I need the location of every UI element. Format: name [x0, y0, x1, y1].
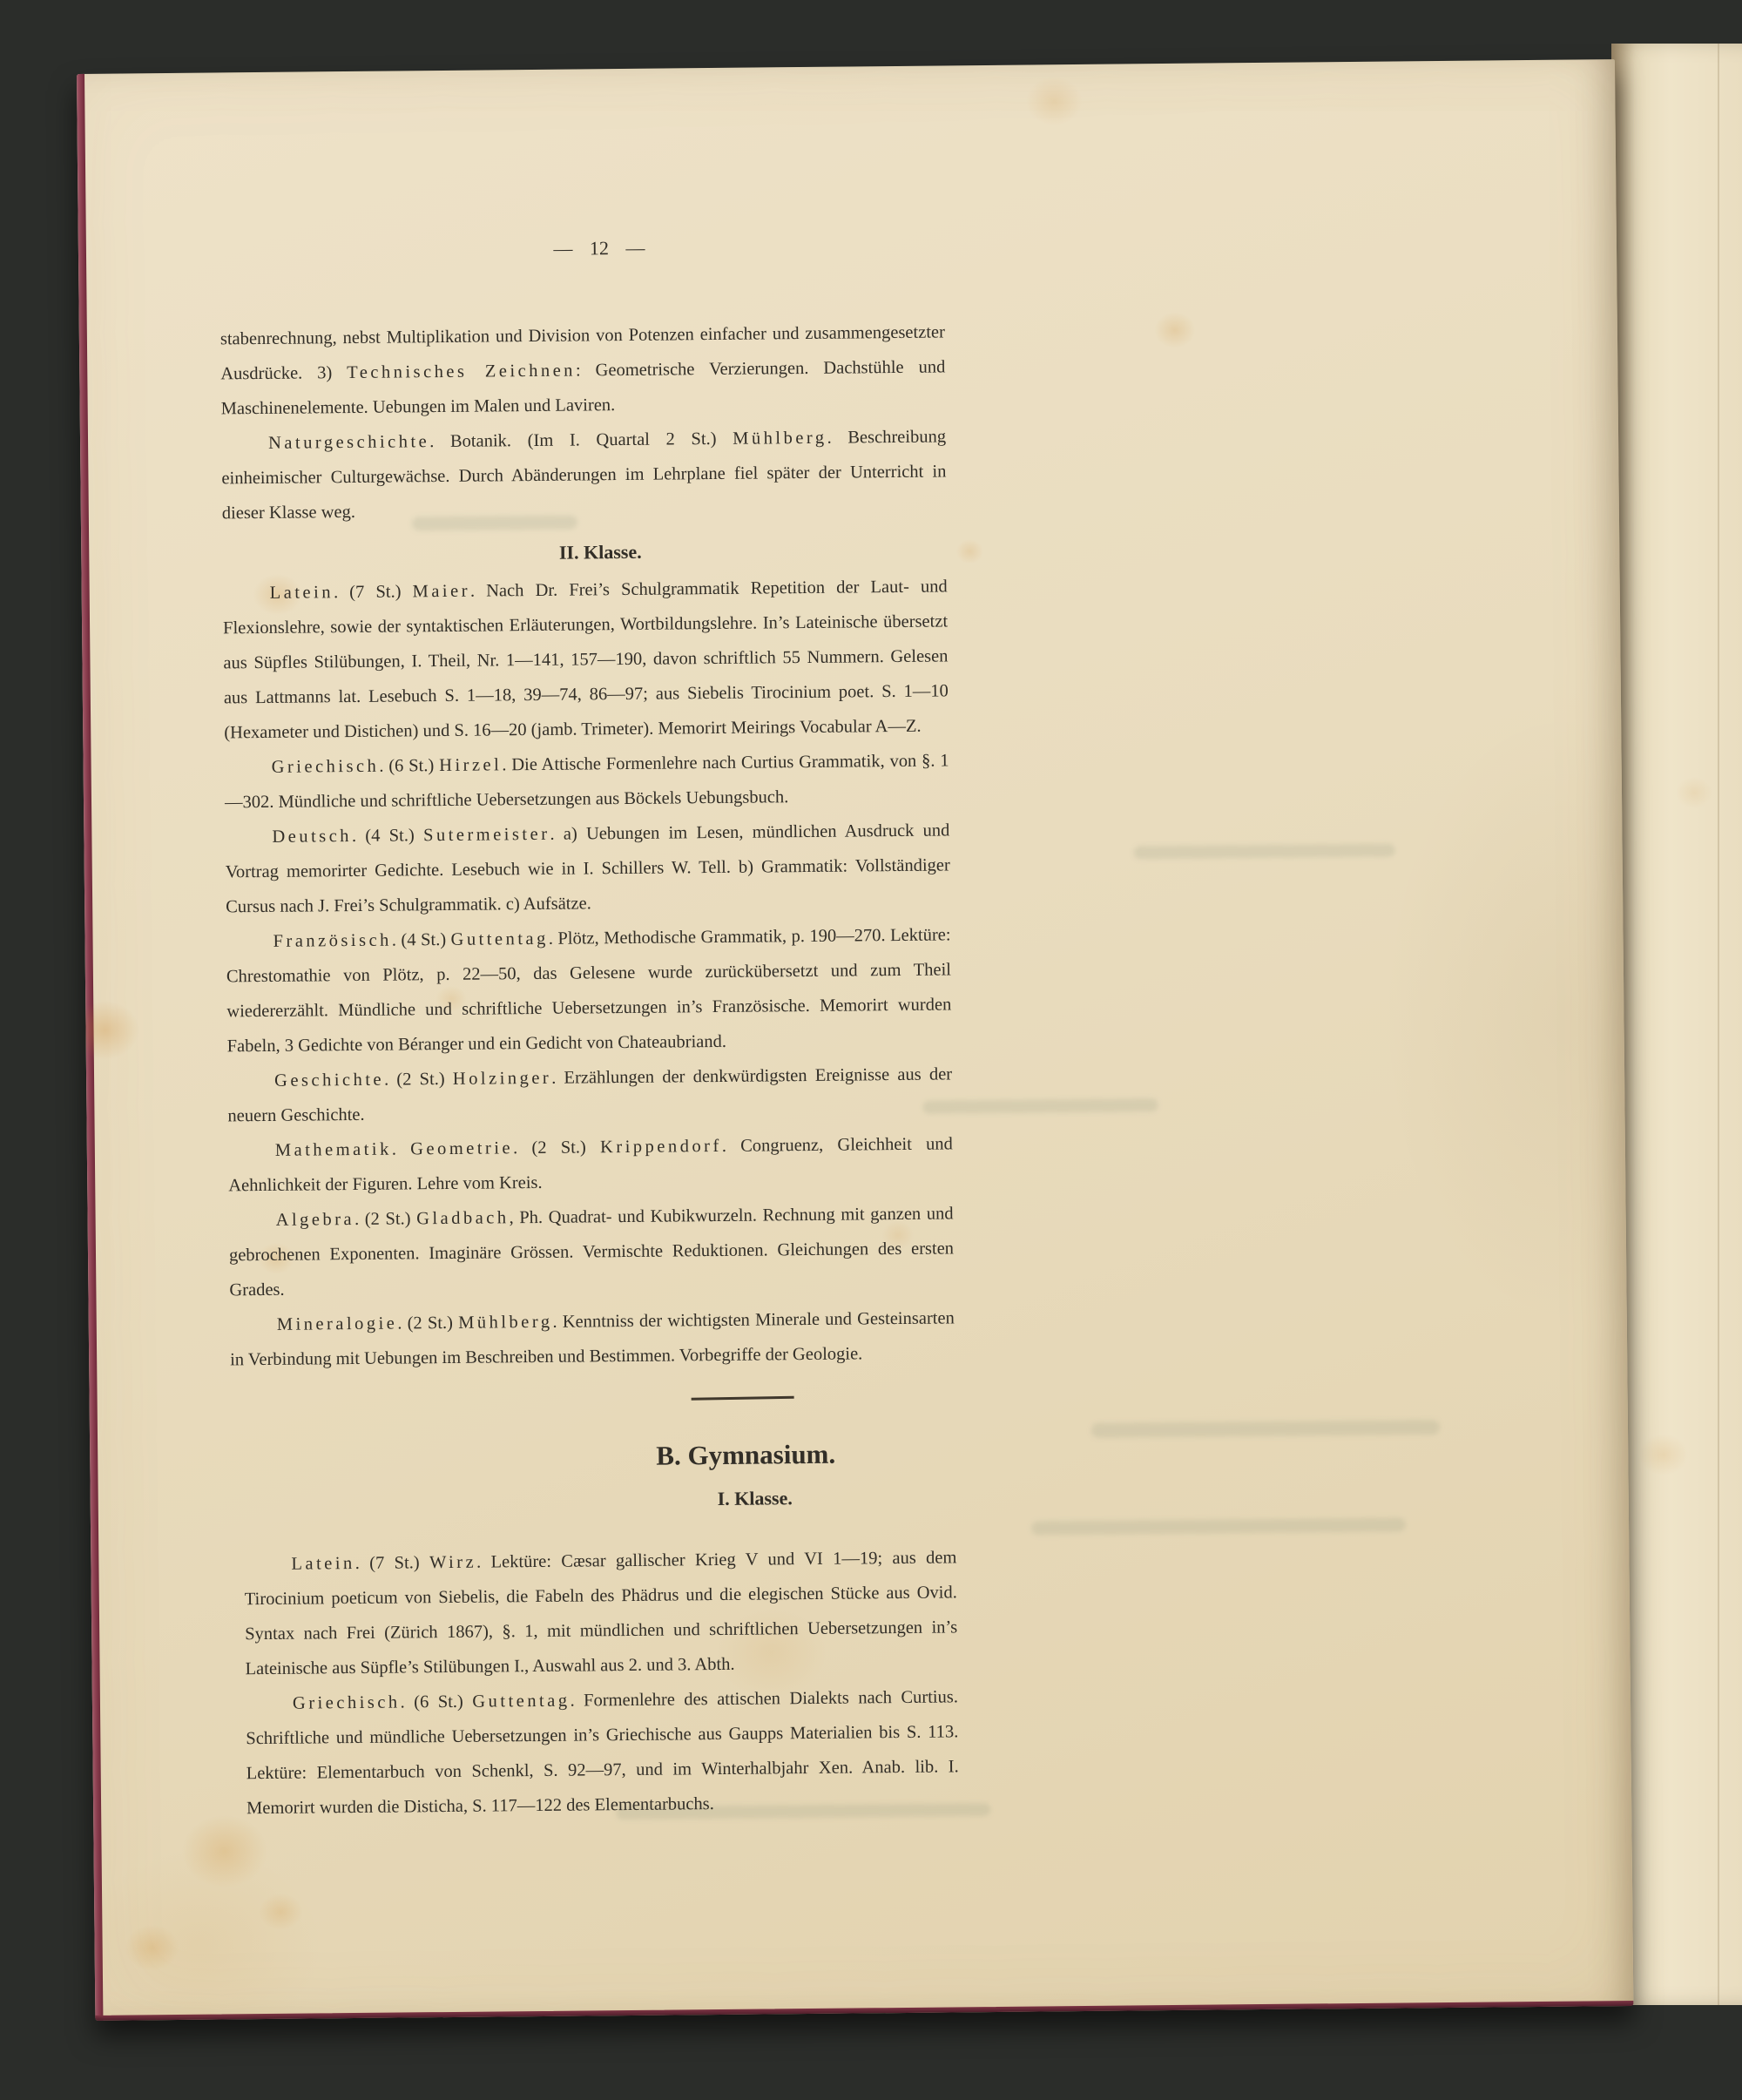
paragraph: Mineralogie. (2 St.) Mühlberg. Kenntniss…: [230, 1300, 955, 1377]
page-text: — 12 — stabenrechnung, nebst Multiplikat…: [218, 65, 959, 1826]
text-run: . (2 St.): [354, 1209, 416, 1229]
letterspaced-term: Gladbach: [416, 1208, 510, 1228]
paragraph: Geschichte. (2 St.) Holzinger. Erzählung…: [227, 1057, 953, 1133]
page-content: stabenrechnung, nebst Multiplikation und…: [220, 314, 960, 1826]
letterspaced-term: Mathematik: [275, 1140, 392, 1160]
letterspaced-term: Mineralogie: [277, 1314, 398, 1334]
text-run: . (2 St.): [384, 1070, 453, 1090]
letterspaced-term: Mühlberg: [458, 1313, 553, 1333]
text-run: . (4 St.): [392, 930, 451, 950]
letterspaced-term: Griechisch: [272, 757, 380, 777]
text-run: . (2 St.): [397, 1313, 458, 1334]
letterspaced-term: Maier: [412, 582, 470, 602]
next-page-edge: [1611, 44, 1742, 2005]
text-run: . (7 St.): [334, 582, 413, 602]
page-red-edge-left: [77, 74, 103, 2021]
text-run: . (4 St.): [352, 826, 423, 846]
letterspaced-term: Wirz: [429, 1553, 476, 1573]
letterspaced-term: Holzinger: [453, 1069, 552, 1089]
paragraph: Französisch. (4 St.) Guttentag. Plötz, M…: [226, 917, 951, 1064]
letterspaced-term: Naturgeschichte: [268, 432, 429, 453]
letterspaced-term: Technisches Zeichnen: [347, 361, 576, 383]
paragraph: Griechisch. (6 St.) Hirzel. Die Attische…: [224, 743, 949, 820]
text-run: . (6 St.): [401, 1692, 473, 1712]
section-heading: B. Gymnasium.: [383, 1435, 1108, 1476]
letterspaced-term: Griechisch: [293, 1693, 401, 1713]
show-through-smudge: [1134, 844, 1395, 860]
letterspaced-term: Deutsch: [272, 827, 352, 847]
separator-rule: [692, 1396, 794, 1401]
letterspaced-term: Krippendorf: [600, 1137, 722, 1157]
letterspaced-term: Guttentag: [472, 1691, 570, 1712]
paragraph: stabenrechnung, nebst Multiplikation und…: [220, 314, 946, 426]
text-run: . (2 St.): [513, 1138, 600, 1158]
page-red-edge-bottom: [95, 2001, 1633, 2021]
text-run: . (7 St.): [355, 1553, 430, 1573]
page-number: — 12 —: [237, 227, 962, 269]
paragraph: Mathematik. Geometrie. (2 St.) Krippendo…: [228, 1126, 954, 1203]
show-through-smudge: [1091, 1420, 1440, 1438]
class-heading: II. Klasse.: [238, 531, 962, 573]
book-spread-photo: — 12 — stabenrechnung, nebst Multiplikat…: [0, 0, 1742, 2100]
letterspaced-term: Hirzel: [439, 755, 502, 775]
letterspaced-term: Geschichte: [274, 1070, 384, 1091]
letterspaced-term: Latein: [270, 583, 334, 603]
letterspaced-term: Latein: [291, 1554, 354, 1574]
paragraph: Naturgeschichte. Botanik. (Im I. Quartal…: [221, 419, 947, 530]
letterspaced-term: Geometrie: [410, 1138, 513, 1158]
letterspaced-term: Sutermeister: [423, 825, 550, 845]
text-run: .: [392, 1139, 411, 1158]
book-page: — 12 — stabenrechnung, nebst Multiplikat…: [77, 59, 1633, 2021]
paragraph: Algebra. (2 St.) Gladbach, Ph. Quadrat- …: [228, 1196, 954, 1307]
show-through-smudge: [922, 1098, 1158, 1114]
paragraph: Latein. (7 St.) Maier. Nach Dr. Frei’s S…: [223, 569, 949, 750]
paragraph: Deutsch. (4 St.) Sutermeister. a) Uebung…: [225, 813, 950, 924]
paragraph: Latein. (7 St.) Wirz. Lektüre: Cæsar gal…: [244, 1540, 957, 1686]
letterspaced-term: Guttentag: [450, 929, 548, 949]
letterspaced-term: Französisch: [273, 931, 391, 951]
letterspaced-term: Algebra: [276, 1210, 355, 1230]
paragraph: Griechisch. (6 St.) Guttentag. Formenleh…: [246, 1679, 959, 1826]
text-run: . Botanik. (Im I. Quartal 2 St.): [429, 429, 733, 451]
show-through-smudge: [1031, 1517, 1406, 1535]
letterspaced-term: Mühlberg: [733, 429, 827, 449]
text-run: . (6 St.): [379, 756, 439, 776]
class-heading: I. Klasse.: [393, 1478, 1117, 1520]
